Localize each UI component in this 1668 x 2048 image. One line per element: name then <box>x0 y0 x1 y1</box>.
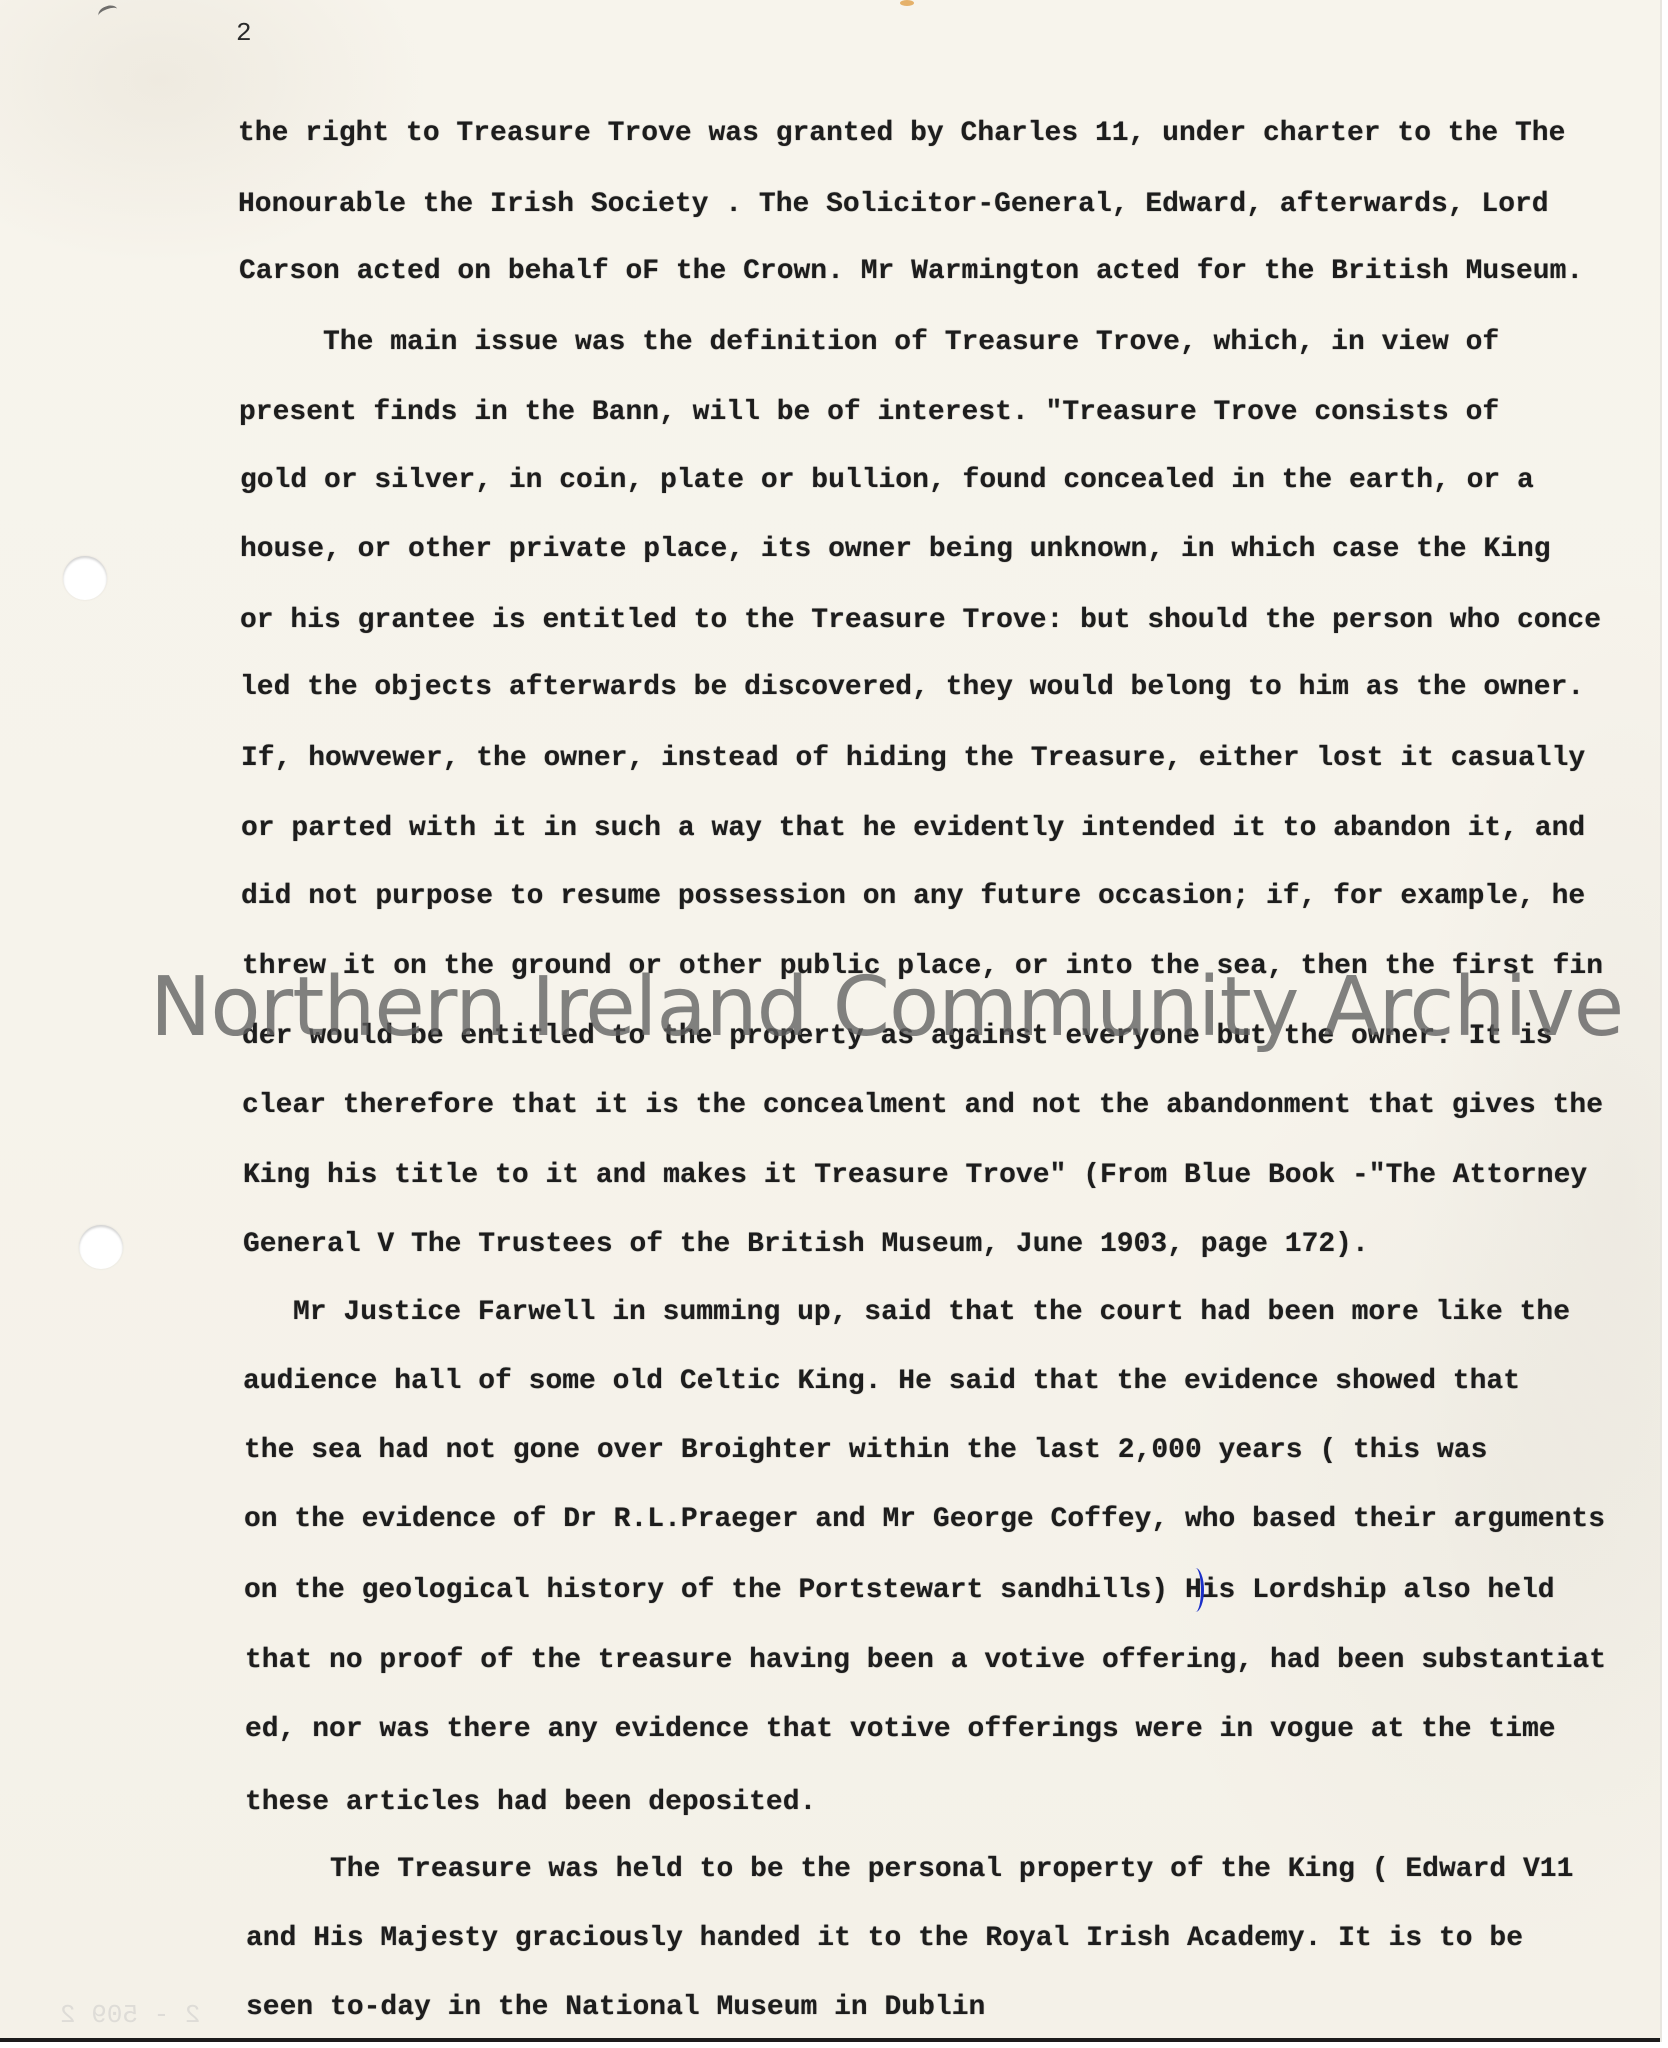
typed-line: the sea had not gone over Broighter with… <box>244 1434 1487 1468</box>
typed-line: on the evidence of Dr R.L.Praeger and Mr… <box>244 1503 1605 1537</box>
typed-line: on the geological history of the Portste… <box>244 1574 1555 1608</box>
typed-line: The Treasure was held to be the personal… <box>330 1853 1573 1887</box>
typed-line: Mr Justice Farwell in summing up, said t… <box>293 1296 1570 1330</box>
punch-hole-top <box>63 556 107 600</box>
typed-line: or his grantee is entitled to the Treasu… <box>240 604 1601 638</box>
typed-line: led the objects afterwards be discovered… <box>240 671 1584 705</box>
typed-line: King his title to it and makes it Treasu… <box>243 1159 1587 1193</box>
typed-line: Carson acted on behalf oF the Crown. Mr … <box>239 255 1583 289</box>
typed-line: clear therefore that it is the concealme… <box>242 1089 1603 1123</box>
paper-tear-mark <box>96 3 119 22</box>
typed-line: or parted with it in such a way that he … <box>241 812 1585 846</box>
typed-line: gold or silver, in coin, plate or bullio… <box>240 464 1534 498</box>
paper-stain <box>900 0 914 6</box>
typed-line: that no proof of the treasure having bee… <box>245 1644 1606 1678</box>
typed-line: seen to-day in the National Museum in Du… <box>246 1991 985 2025</box>
typed-line: did not purpose to resume possession on … <box>241 880 1585 914</box>
blue-pen-bracket-mark <box>1187 1568 1204 1612</box>
typed-line: audience hall of some old Celtic King. H… <box>243 1365 1520 1399</box>
page-number: 2 <box>236 18 252 48</box>
show-through-stamp: 2 - 509 2 <box>60 2000 200 2030</box>
typed-line: The main issue was the definition of Tre… <box>323 326 1499 360</box>
archive-watermark: Northern Ireland Community Archive <box>150 960 1623 1055</box>
typed-line: ed, nor was there any evidence that voti… <box>245 1713 1556 1747</box>
typed-line: house, or other private place, its owner… <box>240 533 1551 567</box>
typed-line: these articles had been deposited. <box>245 1786 816 1820</box>
typed-line: Honourable the Irish Society . The Solic… <box>238 188 1549 222</box>
typed-line: and His Majesty graciously handed it to … <box>246 1922 1523 1956</box>
typed-line: If, howvewer, the owner, instead of hidi… <box>241 742 1585 776</box>
punch-hole-bottom <box>79 1225 123 1269</box>
typed-line: General V The Trustees of the British Mu… <box>243 1228 1369 1262</box>
typed-line: the right to Treasure Trove was granted … <box>238 117 1565 151</box>
typed-line: present finds in the Bann, will be of in… <box>239 396 1499 430</box>
